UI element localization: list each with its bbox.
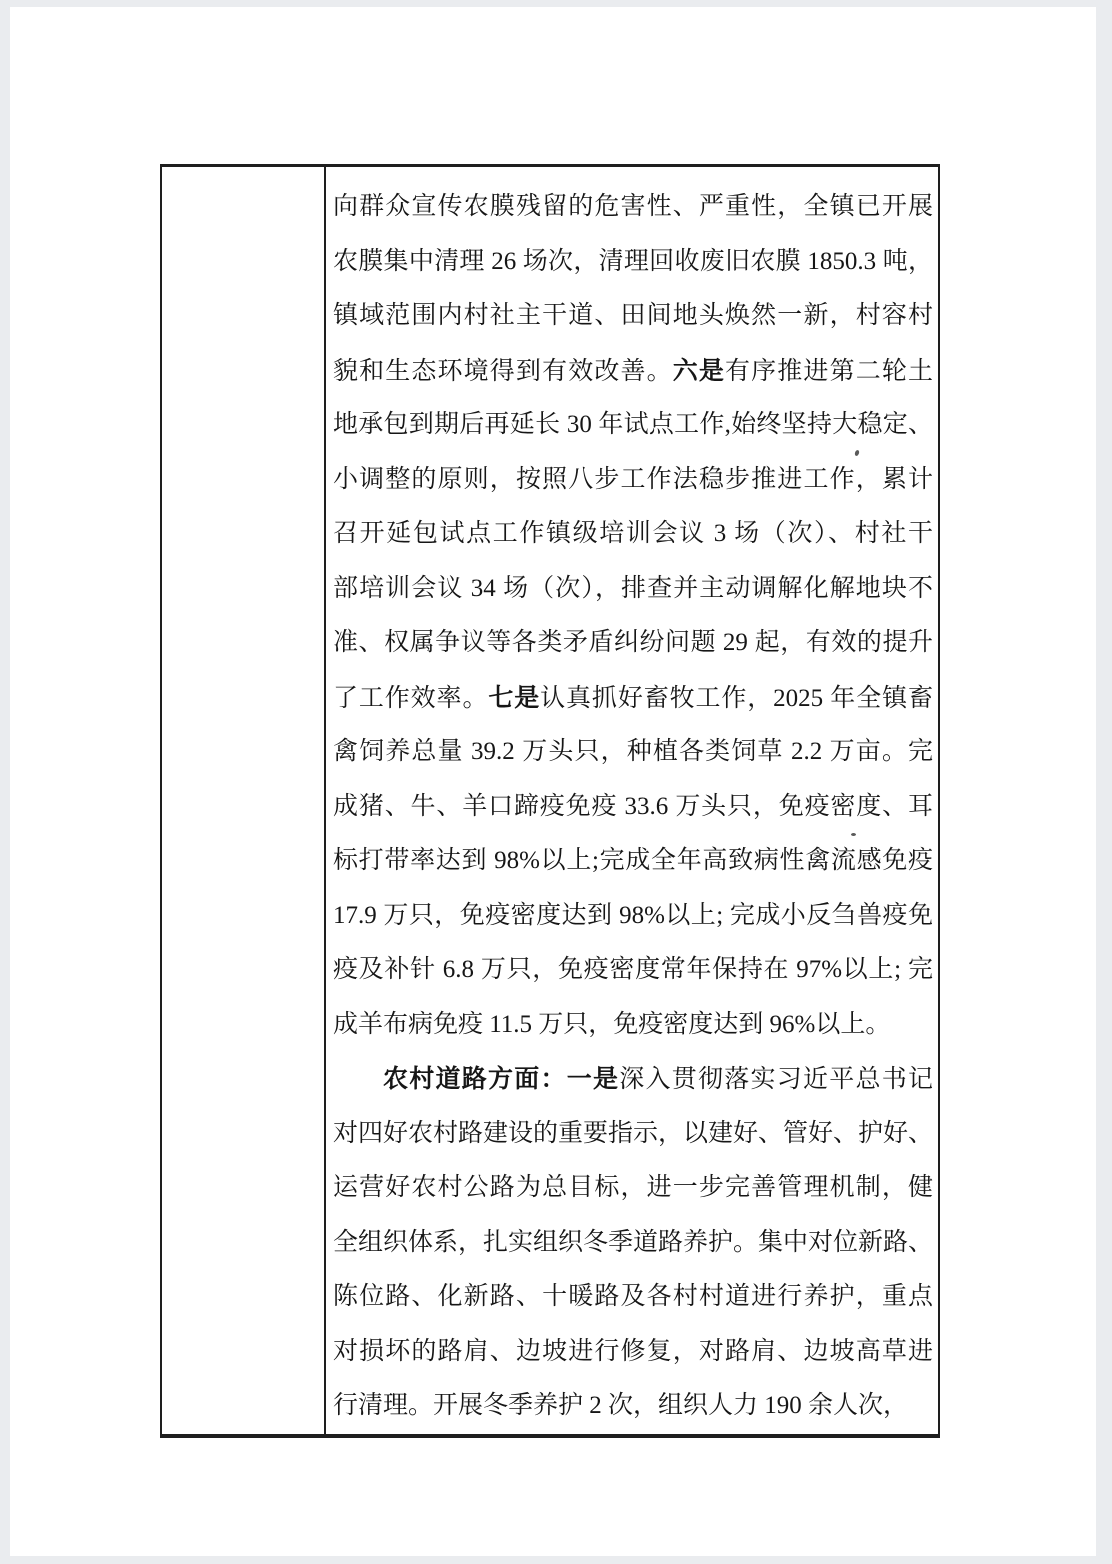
text-line: 向群众宣传农膜残留的危害性、严重性，全镇已开展 [333, 180, 933, 235]
text-line: 成猪、牛、羊口蹄疫免疫 33.6 万头只，免疫密度、耳 [333, 780, 933, 835]
report-table: 向群众宣传农膜残留的危害性、严重性，全镇已开展 农膜集中清理 26 场次，清理回… [160, 164, 940, 1438]
text-line: 镇域范围内村社主干道、田间地头焕然一新，村容村 [333, 289, 933, 344]
text-line: 疫及补针 6.8 万只，免疫密度常年保持在 97%以上; 完 [333, 943, 933, 998]
text-line: 行清理。开展冬季养护 2 次，组织人力 190 余人次， [333, 1379, 933, 1434]
bold-run-in-heading: 七是 [488, 684, 540, 712]
text-segment: 有序推进第二轮土 [725, 358, 933, 385]
text-line: 17.9 万只，免疫密度达到 98%以上; 完成小反刍兽疫免 [333, 889, 933, 944]
text-line: 小调整的原则，按照八步工作法稳步推进工作，累计 [333, 453, 933, 508]
text-line: 部培训会议 34 场（次），排查并主动调解化解地块不 [333, 562, 933, 617]
text-line: 标打带率达到 98%以上;完成全年高致病性禽流感免疫 [333, 834, 933, 889]
bold-run-in-heading: 六是 [673, 357, 725, 385]
table-left-cell [162, 167, 326, 1434]
text-segment: 貌和生态环境得到有效改善。 [333, 358, 673, 385]
text-line: 禽饲养总量 39.2 万头只，种植各类饲草 2.2 万亩。完 [333, 725, 933, 780]
text-line-paragraph-start: 农村道路方面：一是深入贯彻落实习近平总书记 [333, 1052, 933, 1107]
text-line: 貌和生态环境得到有效改善。六是有序推进第二轮土 [333, 344, 933, 399]
text-line: 对损坏的路肩、边坡进行修复，对路肩、边坡高草进 [333, 1325, 933, 1380]
text-line: 召开延包试点工作镇级培训会议 3 场（次）、村社干 [333, 507, 933, 562]
table-text-cell: 向群众宣传农膜残留的危害性、严重性，全镇已开展 农膜集中清理 26 场次，清理回… [326, 167, 938, 1434]
text-segment: 了工作效率。 [333, 685, 488, 712]
text-segment: 深入贯彻落实习近平总书记 [619, 1066, 933, 1093]
page: 向群众宣传农膜残留的危害性、严重性，全镇已开展 农膜集中清理 26 场次，清理回… [10, 7, 1096, 1556]
text-line: 了工作效率。七是认真抓好畜牧工作，2025 年全镇畜 [333, 671, 933, 726]
text-line: 陈位路、化新路、十暖路及各村村道进行养护，重点 [333, 1270, 933, 1325]
text-segment: 认真抓好畜牧工作，2025 年全镇畜 [540, 685, 933, 712]
text-line: 地承包到期后再延长 30 年试点工作,始终坚持大稳定、 [333, 398, 933, 453]
text-line: 全组织体系，扎实组织冬季道路养护。集中对位新路、 [333, 1216, 933, 1271]
text-line: 对四好农村路建设的重要指示，以建好、管好、护好、 [333, 1107, 933, 1162]
bold-section-heading: 农村道路方面：一是 [383, 1065, 619, 1093]
text-line: 准、权属争议等各类矛盾纠纷问题 29 起，有效的提升 [333, 616, 933, 671]
scan-artifact [851, 833, 856, 836]
text-line: 运营好农村公路为总目标，进一步完善管理机制，健 [333, 1161, 933, 1216]
scanned-report-page: { "colors": { "page_background": "#fffff… [0, 0, 1112, 1564]
scan-artifact [864, 1346, 868, 1349]
text-line: 成羊布病免疫 11.5 万只，免疫密度达到 96%以上。 [333, 998, 933, 1053]
text-line: 农膜集中清理 26 场次，清理回收废旧农膜 1850.3 吨， [333, 235, 933, 290]
